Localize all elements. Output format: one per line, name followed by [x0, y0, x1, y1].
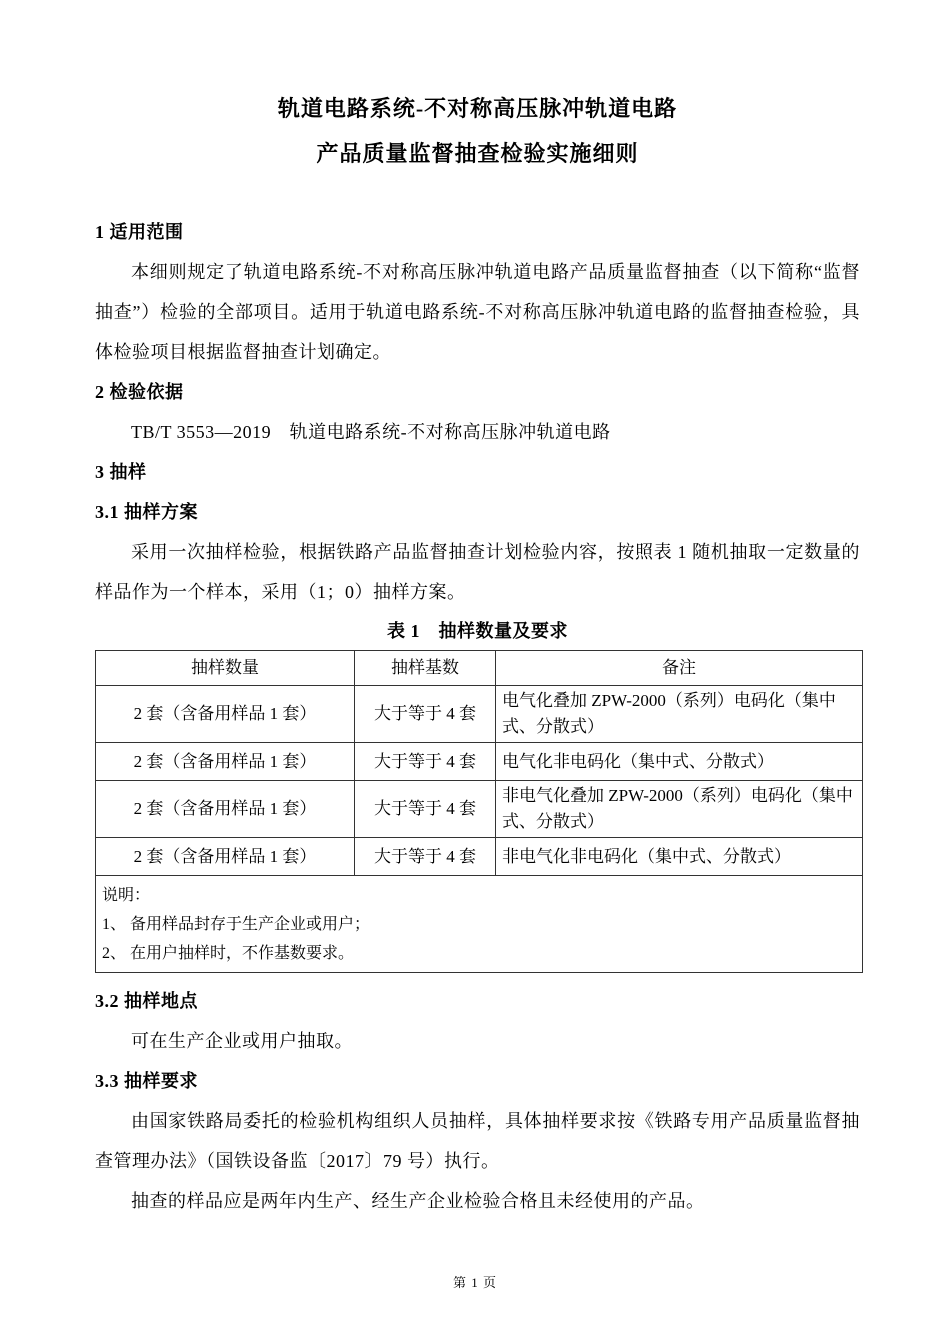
table-cell-quantity: 2 套（含备用样品 1 套）: [96, 686, 355, 743]
table-note-label: 说明：: [102, 881, 856, 910]
table-notes-row: 说明： 1、 备用样品封存于生产企业或用户； 2、 在用户抽样时，不作基数要求。: [96, 876, 863, 973]
title-spacer: [95, 176, 860, 212]
section-3-3-paragraph-2: 抽查的样品应是两年内生产、经生产企业检验合格且未经使用的产品。: [95, 1181, 860, 1221]
document-title: 轨道电路系统-不对称高压脉冲轨道电路 产品质量监督抽查检验实施细则: [95, 86, 860, 176]
table-header-remark: 备注: [496, 651, 863, 686]
section-3-2-heading: 3.2 抽样地点: [95, 981, 860, 1021]
table-cell-remark: 非电气化非电码化（集中式、分散式）: [496, 838, 863, 876]
table-note-2: 2、 在用户抽样时，不作基数要求。: [102, 939, 856, 968]
table-1-caption: 表 1 抽样数量及要求: [95, 612, 860, 650]
table-cell-quantity: 2 套（含备用样品 1 套）: [96, 781, 355, 838]
section-1-heading: 1 适用范围: [95, 212, 860, 252]
table-cell-base: 大于等于 4 套: [355, 686, 496, 743]
document-title-line-1: 轨道电路系统-不对称高压脉冲轨道电路: [95, 86, 860, 131]
table-bottom-spacer: [95, 973, 860, 981]
table-cell-remark: 电气化非电码化（集中式、分散式）: [496, 743, 863, 781]
table-header-base: 抽样基数: [355, 651, 496, 686]
table-row: 2 套（含备用样品 1 套） 大于等于 4 套 非电气化非电码化（集中式、分散式…: [96, 838, 863, 876]
section-3-heading: 3 抽样: [95, 452, 860, 492]
table-row: 2 套（含备用样品 1 套） 大于等于 4 套 非电气化叠加 ZPW-2000（…: [96, 781, 863, 838]
document-title-line-2: 产品质量监督抽查检验实施细则: [95, 131, 860, 176]
table-row: 2 套（含备用样品 1 套） 大于等于 4 套 电气化叠加 ZPW-2000（系…: [96, 686, 863, 743]
table-cell-quantity: 2 套（含备用样品 1 套）: [96, 743, 355, 781]
table-cell-remark: 非电气化叠加 ZPW-2000（系列）电码化（集中式、分散式）: [496, 781, 863, 838]
section-2-heading: 2 检验依据: [95, 372, 860, 412]
sampling-table: 抽样数量 抽样基数 备注 2 套（含备用样品 1 套） 大于等于 4 套 电气化…: [95, 650, 863, 973]
table-cell-base: 大于等于 4 套: [355, 838, 496, 876]
section-3-1-heading: 3.1 抽样方案: [95, 492, 860, 532]
table-header-row: 抽样数量 抽样基数 备注: [96, 651, 863, 686]
table-cell-quantity: 2 套（含备用样品 1 套）: [96, 838, 355, 876]
table-cell-base: 大于等于 4 套: [355, 743, 496, 781]
table-cell-base: 大于等于 4 套: [355, 781, 496, 838]
page-number: 第 1 页: [0, 1272, 950, 1291]
section-3-2-paragraph: 可在生产企业或用户抽取。: [95, 1021, 860, 1061]
section-3-1-paragraph: 采用一次抽样检验，根据铁路产品监督抽查计划检验内容，按照表 1 随机抽取一定数量…: [95, 532, 860, 612]
table-cell-remark: 电气化叠加 ZPW-2000（系列）电码化（集中式、分散式）: [496, 686, 863, 743]
table-row: 2 套（含备用样品 1 套） 大于等于 4 套 电气化非电码化（集中式、分散式）: [96, 743, 863, 781]
section-3-3-paragraph-1: 由国家铁路局委托的检验机构组织人员抽样，具体抽样要求按《铁路专用产品质量监督抽查…: [95, 1101, 860, 1181]
section-3-3-heading: 3.3 抽样要求: [95, 1061, 860, 1101]
table-header-quantity: 抽样数量: [96, 651, 355, 686]
section-2-reference: TB/T 3553—2019 轨道电路系统-不对称高压脉冲轨道电路: [95, 412, 860, 452]
table-notes-cell: 说明： 1、 备用样品封存于生产企业或用户； 2、 在用户抽样时，不作基数要求。: [96, 876, 863, 973]
table-note-1: 1、 备用样品封存于生产企业或用户；: [102, 910, 856, 939]
section-1-paragraph: 本细则规定了轨道电路系统-不对称高压脉冲轨道电路产品质量监督抽查（以下简称“监督…: [95, 252, 860, 372]
document-page: 轨道电路系统-不对称高压脉冲轨道电路 产品质量监督抽查检验实施细则 1 适用范围…: [0, 0, 950, 1344]
